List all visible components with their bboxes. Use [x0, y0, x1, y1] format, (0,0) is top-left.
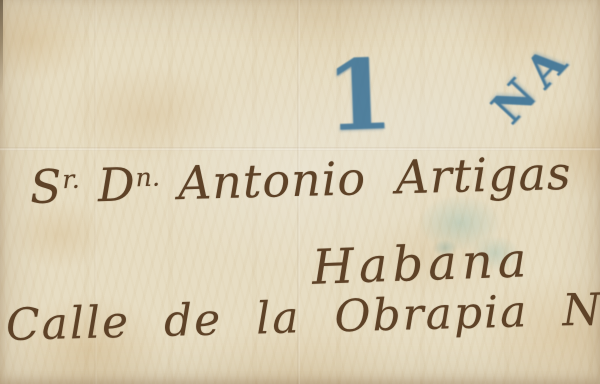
recipient-name: Antonio Artigas: [177, 146, 572, 210]
paper-edge-shadow: [0, 0, 3, 95]
honorific-don: D: [97, 157, 136, 212]
honorific-don-superscript: n.: [135, 163, 160, 193]
origin-handstamp-na: NA: [485, 0, 600, 132]
honorific-senor-superscript: r.: [62, 165, 80, 194]
rate-handstamp-1: 1: [324, 47, 394, 145]
letter-cover-photo: 1 NA Sr.Dn.Antonio Artigas Habana Calle …: [0, 0, 600, 384]
honorific-senor: S: [29, 159, 63, 214]
